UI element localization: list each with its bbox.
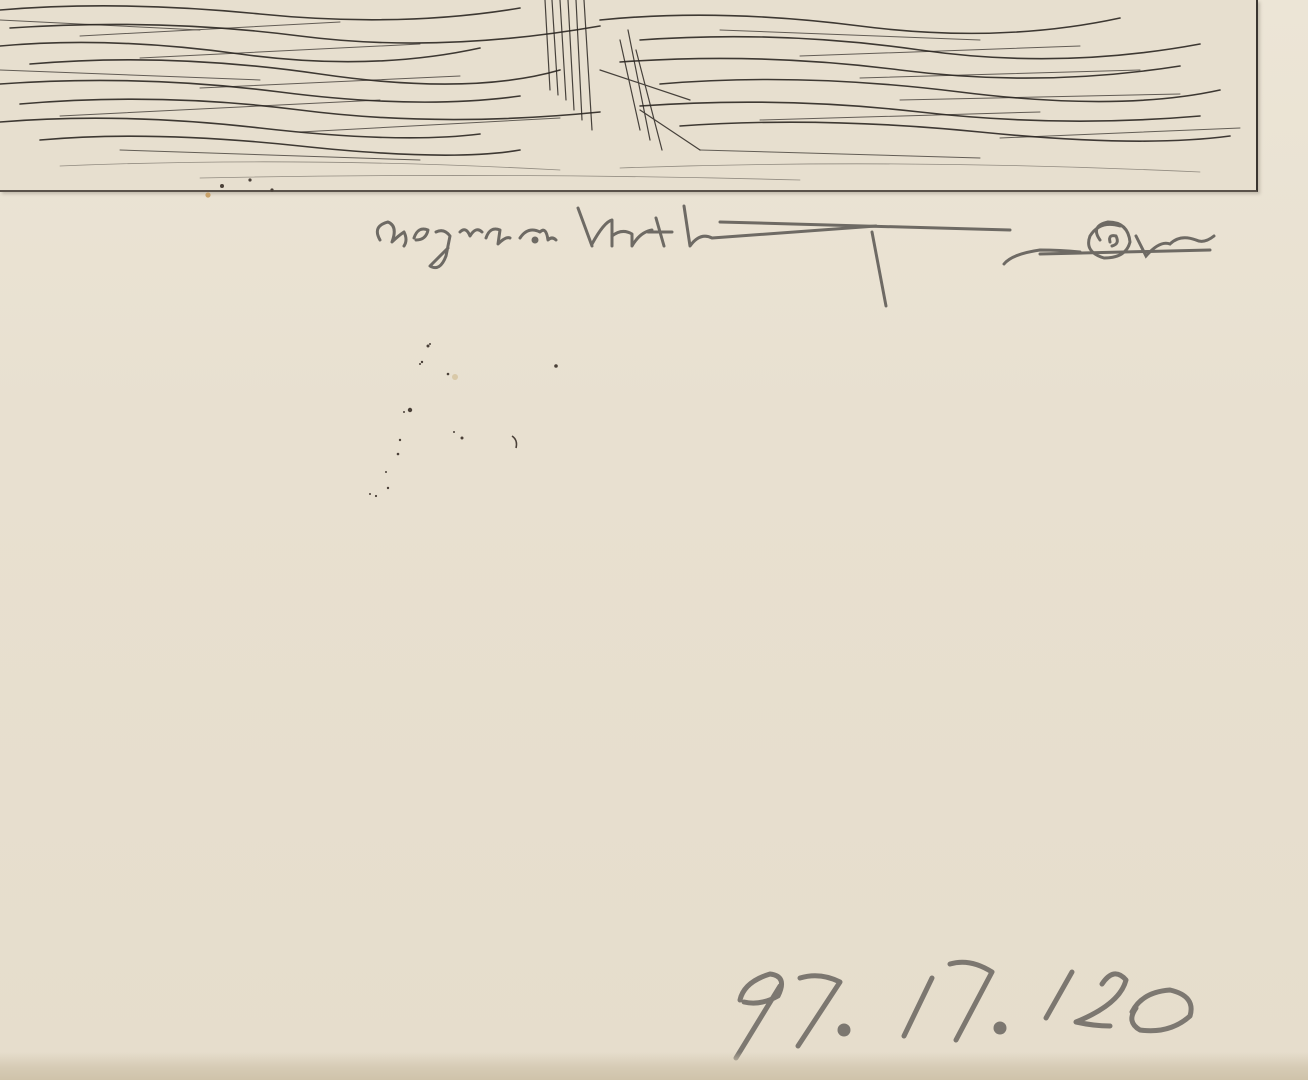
deckle-edge — [0, 1052, 1308, 1080]
inventory-number-drawn — [736, 962, 1191, 1058]
pencil-annotations — [0, 0, 1308, 1080]
foxing-spots — [220, 178, 558, 497]
etching-sheet: Alfred Hutty 97.17.120 — [0, 0, 1308, 1080]
artist-signature — [377, 206, 1010, 306]
snail-monogram — [1004, 222, 1214, 264]
